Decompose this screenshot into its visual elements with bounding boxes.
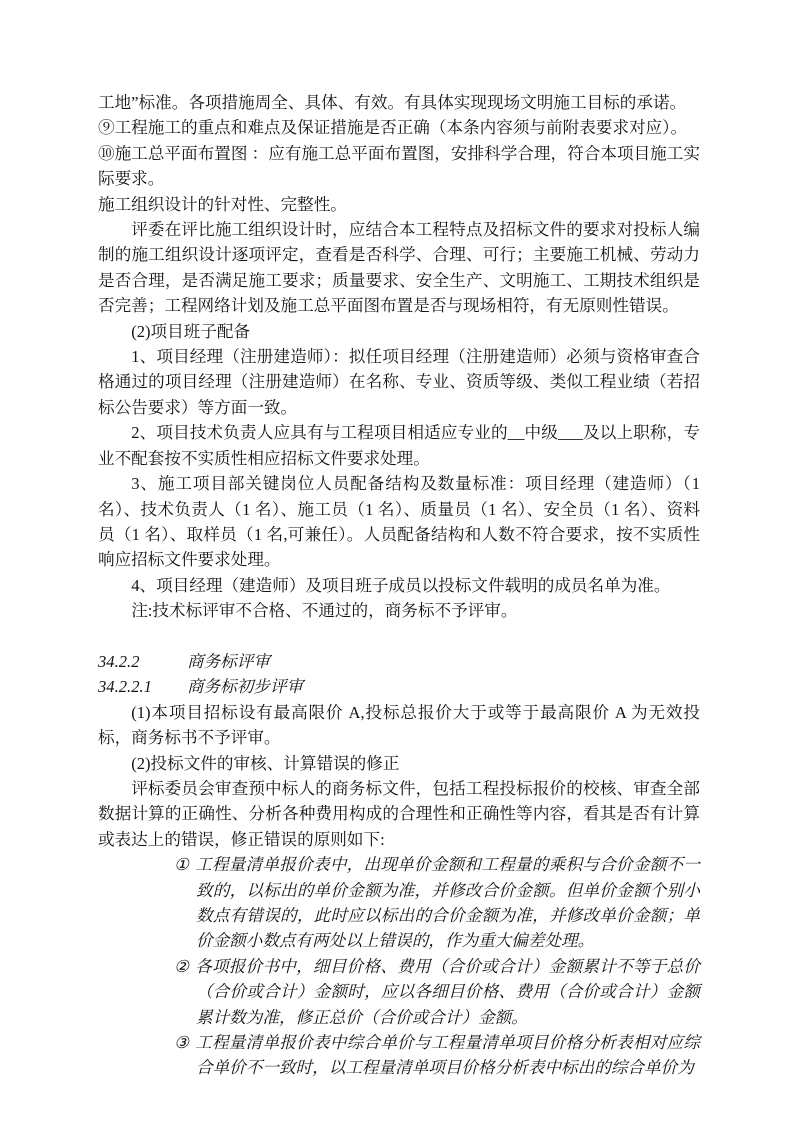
paragraph: 评标委员会审查预中标人的商务标文件，包括工程投标报价的校核、审查全部数据计算的正… [98, 776, 700, 852]
blank-line [98, 624, 700, 649]
section-heading-34-2-2-1: 34.2.2.1商务标初步评审 [98, 674, 700, 699]
paragraph: 注:技术标评审不合格、不通过的，商务标不予评审。 [98, 598, 700, 623]
paragraph: ⑩施工总平面布置图 ：应有施工总平面布置图，安排科学合理，符合本项目施工实际要求… [98, 141, 700, 192]
list-text: 工程量清单报价表中综合单价与工程量清单项目价格分析表相对应综合单价不一致时，以工… [195, 1033, 700, 1077]
paragraph: (2)投标文件的审核、计算错误的修正 [98, 751, 700, 776]
paragraph: 1、项目经理（注册建造师）：拟任项目经理（注册建造师）必须与资格审查合格通过的项… [98, 344, 700, 420]
section-number: 34.2.2.1 [98, 674, 187, 699]
list-item: ①工程量清单报价表中，出现单价金额和工程量的乘积与合价金额不一致的，以标出的单价… [174, 852, 700, 954]
list-item: ②各项报价书中，细目价格、费用（合价或合计）金额累计不等于总价（合价或合计）金额… [174, 954, 700, 1030]
paragraph: 评委在评比施工组织设计时，应结合本工程特点及招标文件的要求对投标人编制的施工组织… [98, 217, 700, 319]
list-item: ③工程量清单报价表中综合单价与工程量清单项目价格分析表相对应综合单价不一致时，以… [174, 1030, 700, 1081]
section-number: 34.2.2 [98, 649, 187, 674]
paragraph: 施工组织设计的针对性、完整性。 [98, 192, 700, 217]
paragraph: 2、项目技术负责人应具有与工程项目相适应专业的__中级___及以上职称，专业不配… [98, 420, 700, 471]
document-page: 工地”标准。各项措施周全、具体、有效。有具体实现现场文明施工目标的承诺。 ⑨工程… [0, 0, 794, 1122]
paragraph: 4、项目经理（建造师）及项目班子成员以投标文件载明的成员名单为准。 [98, 573, 700, 598]
paragraph: ⑨工程施工的重点和难点及保证措施是否正确（本条内容须与前附表要求对应）。 [98, 115, 700, 140]
list-marker: ③ [174, 1033, 195, 1052]
list-text: 各项报价书中，细目价格、费用（合价或合计）金额累计不等于总价（合价或合计）金额时… [195, 957, 700, 1027]
paragraph: (2)项目班子配备 [98, 319, 700, 344]
section-title: 商务标评审 [187, 652, 270, 671]
section-heading-34-2-2: 34.2.2商务标评审 [98, 649, 700, 674]
page-content: 工地”标准。各项措施周全、具体、有效。有具体实现现场文明施工目标的承诺。 ⑨工程… [98, 90, 700, 1081]
list-marker: ② [174, 957, 195, 976]
paragraph: 工地”标准。各项措施周全、具体、有效。有具体实现现场文明施工目标的承诺。 [98, 90, 700, 115]
paragraph: (1)本项目招标设有最高限价 A,投标总报价大于或等于最高限价 A 为无效投标，… [98, 700, 700, 751]
section-title: 商务标初步评审 [187, 677, 303, 696]
list-marker: ① [174, 855, 195, 874]
paragraph: 3、施工项目部关键岗位人员配备结构及数量标准：项目经理（建造师）（1 名）、技术… [98, 471, 700, 573]
list-text: 工程量清单报价表中，出现单价金额和工程量的乘积与合价金额不一致的，以标出的单价金… [195, 855, 700, 950]
